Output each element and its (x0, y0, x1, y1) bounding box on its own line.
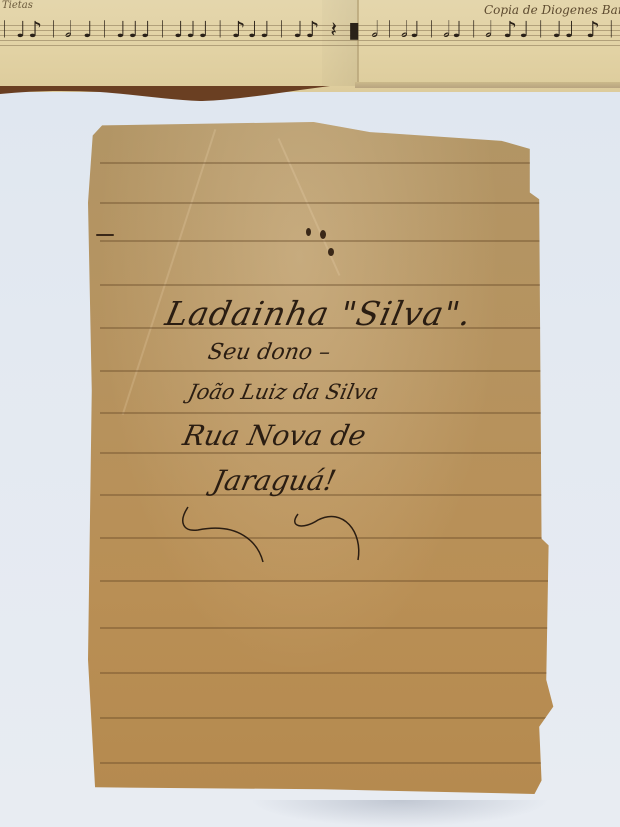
ink-blot (328, 248, 334, 256)
street-address: Rua Nova de (180, 419, 369, 452)
ruled-line (100, 284, 548, 286)
ruled-line (100, 240, 548, 242)
ink-mark (96, 234, 114, 236)
copyist-note: Copia de Diogenes Barbo – (484, 3, 620, 17)
ruled-line (100, 672, 548, 674)
ruled-line (100, 370, 548, 372)
city-name: Jaraguá! (210, 464, 339, 497)
sheet-music-strip: Tietas 𝄀 ♩♪ 𝄀 𝅗𝅥 ♩ 𝄀 ♩♩♩ 𝄀 ♩♩♩ 𝄀 ♪♩♩ 𝄀 ♩… (0, 0, 620, 92)
ruled-line (100, 627, 548, 629)
ruled-line (100, 202, 548, 204)
paper-crease (122, 129, 217, 415)
ruled-line (100, 412, 548, 414)
manuscript-cover: Ladainha "Silva". Seu dono – João Luiz d… (88, 122, 558, 794)
score-caption: Tietas (2, 0, 33, 11)
ruled-line (100, 580, 548, 582)
ruled-line (100, 162, 548, 164)
calligraphic-flourish (178, 502, 378, 572)
ink-blot (306, 228, 311, 236)
strip-shadow (0, 86, 330, 102)
manuscript-title: Ladainha "Silva". (162, 294, 476, 333)
paper-fold-shadow (322, 0, 358, 86)
owner-name: João Luiz da Silva (186, 380, 381, 404)
ruled-line (100, 762, 548, 764)
ruled-line (100, 717, 548, 719)
staff-line (0, 45, 620, 46)
ink-blot (320, 230, 326, 239)
strip-edge (355, 82, 620, 88)
music-notes: 𝄀 ♩♪ 𝄀 𝅗𝅥 ♩ 𝄀 ♩♩♩ 𝄀 ♩♩♩ 𝄀 ♪♩♩ 𝄀 ♩♪ 𝄽 ▮ 𝅗… (4, 18, 474, 43)
ruled-line (100, 452, 548, 454)
owner-label: Seu dono – (206, 340, 332, 365)
cover-shadow (250, 800, 550, 827)
